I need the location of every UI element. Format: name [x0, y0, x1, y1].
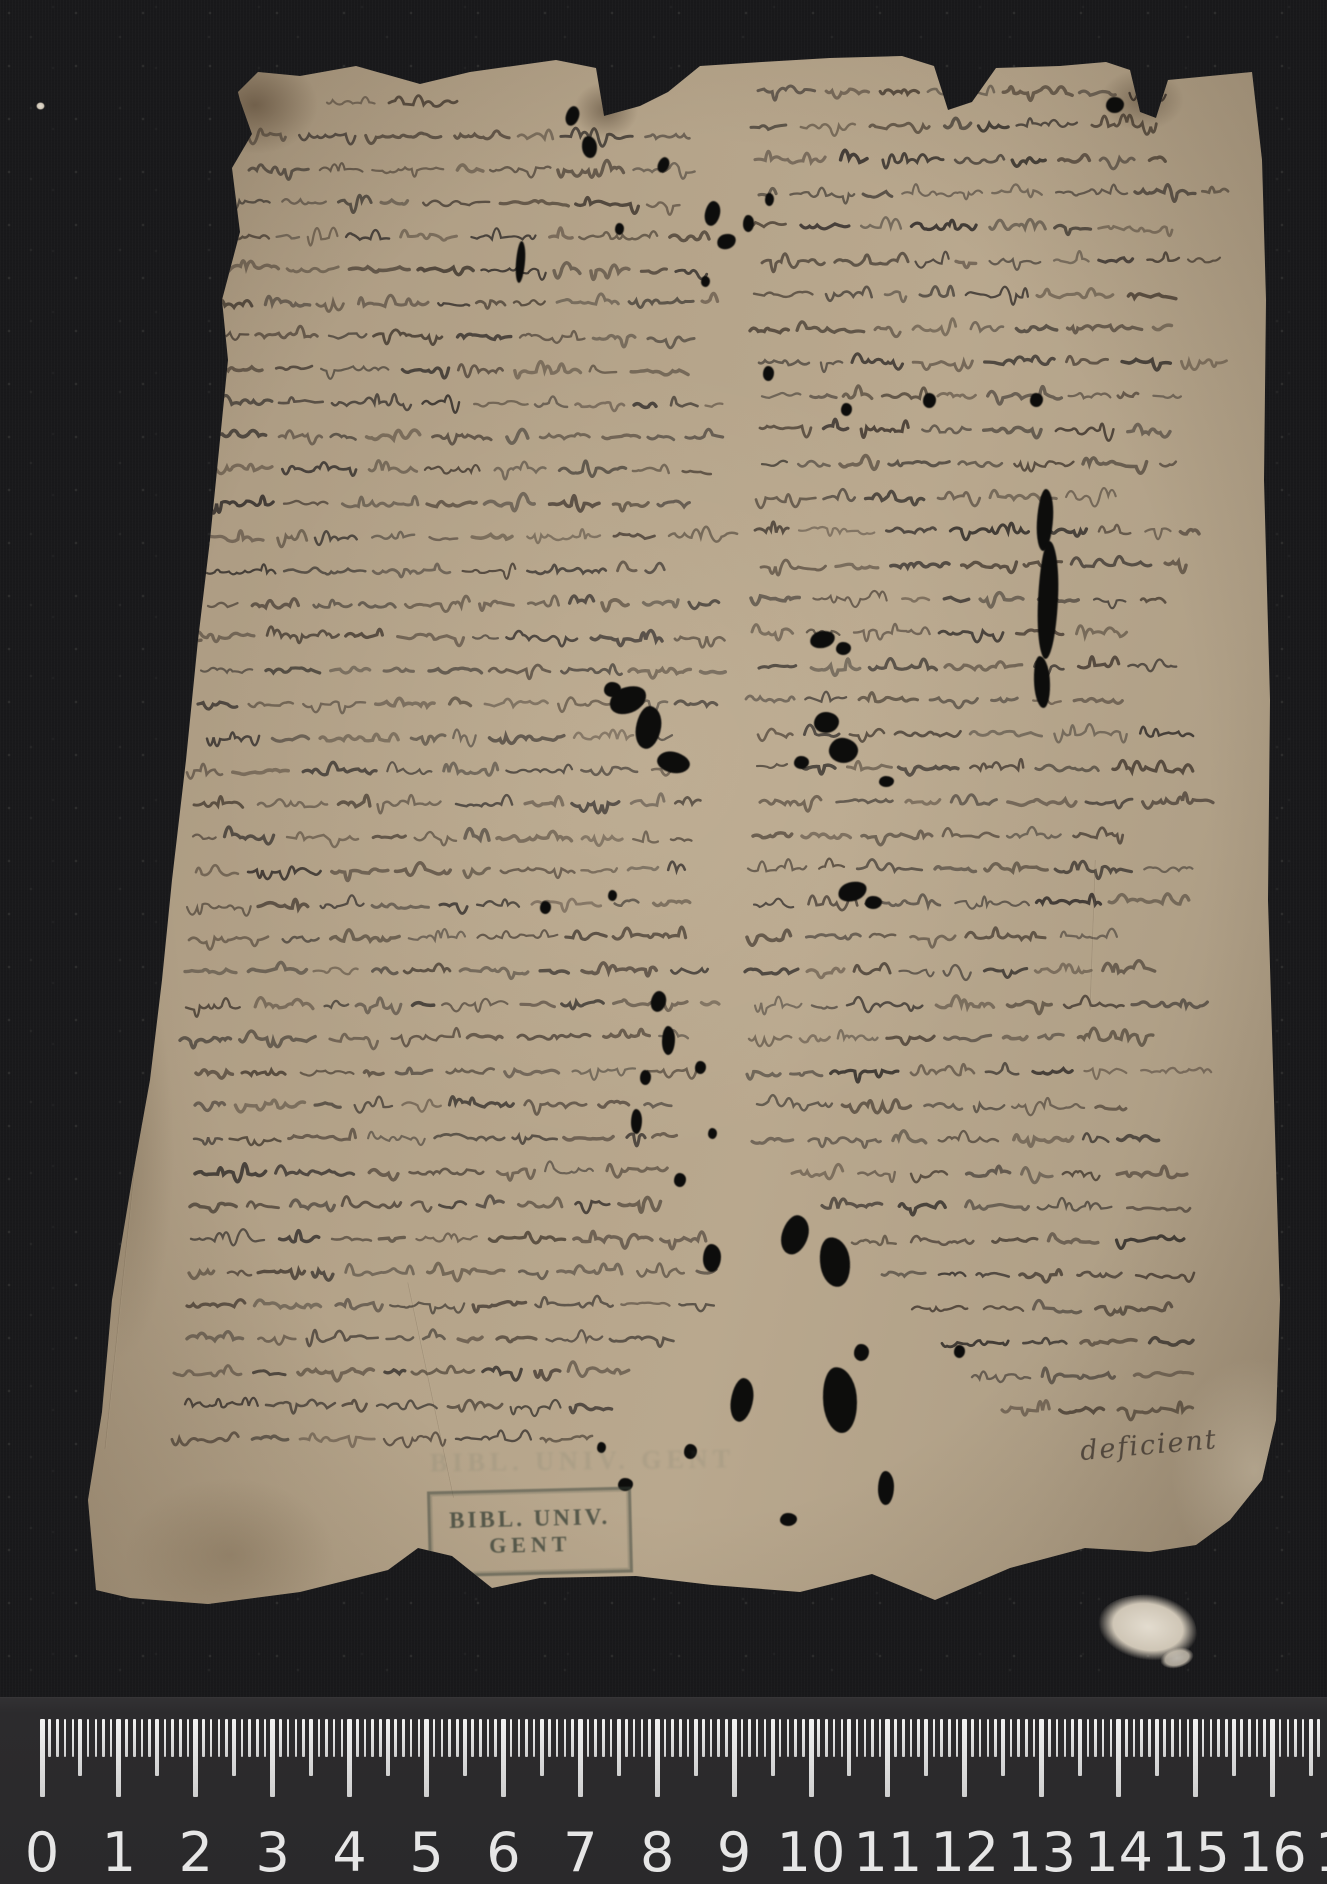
ruler-number: 14	[1084, 1821, 1153, 1884]
stamp-line1: BIBL. UNIV.	[449, 1504, 611, 1534]
ruler-number: 3	[256, 1821, 290, 1884]
ruler-number: 9	[717, 1821, 751, 1884]
stamp-line2: GENT	[489, 1531, 572, 1559]
ruler-number: 12	[930, 1821, 999, 1884]
dust-speck	[36, 102, 45, 110]
ruler-number: 2	[179, 1821, 213, 1884]
ruler-number: 6	[486, 1821, 520, 1884]
ruler-number-partial: 17	[1315, 1821, 1327, 1884]
ruler-number: 4	[332, 1821, 366, 1884]
ruler-number: 11	[854, 1821, 923, 1884]
photo-scene: BIBL. UNIV. GENT BIBL. UNIV. GENT defici…	[0, 0, 1327, 1884]
library-stamp-ghost: BIBL. UNIV. GENT	[430, 1443, 790, 1478]
ruler-number: 8	[640, 1821, 674, 1884]
ruler-number: 10	[777, 1821, 846, 1884]
ruler-number: 16	[1238, 1821, 1307, 1884]
ruler-number: 13	[1007, 1821, 1076, 1884]
ruler-number: 5	[409, 1821, 443, 1884]
ruler: 01234567891011121314151617	[0, 1697, 1327, 1884]
ruler-number: 15	[1161, 1821, 1230, 1884]
ruler-number: 1	[102, 1821, 136, 1884]
ruler-number: 0	[25, 1821, 59, 1884]
ruler-number: 7	[563, 1821, 597, 1884]
